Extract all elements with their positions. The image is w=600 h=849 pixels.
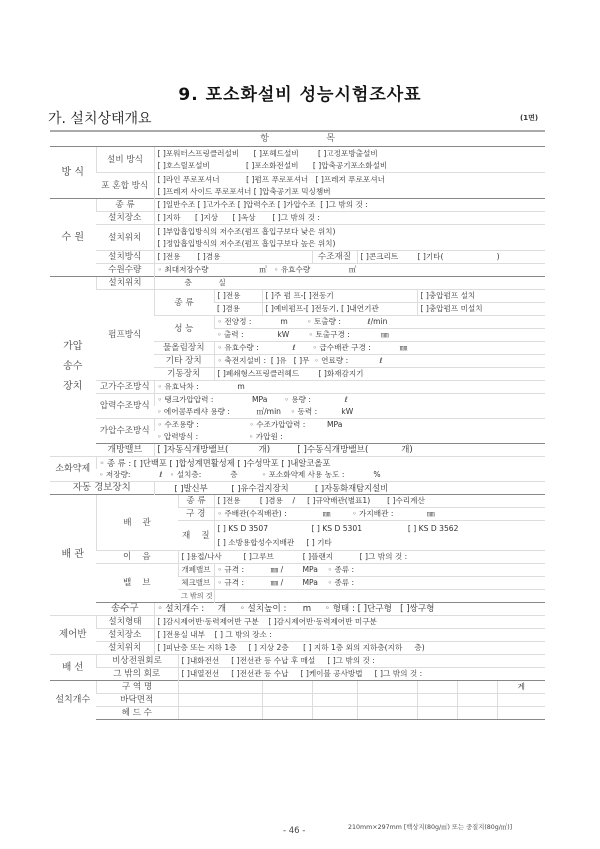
head-count-label: 헤 드 수 [96,707,178,720]
water-amount-label: 수원수량 [96,264,154,277]
floor-area-cell[interactable] [312,694,357,707]
wiring-label: 배 선 [50,655,96,681]
head-count-cell[interactable] [357,707,417,720]
water-position-label: 설치위치 [96,225,154,251]
water-position-options[interactable]: [ ]부압흡입방식의 저수조(펌프 흡입구보다 낮은 위치)[ ]정압흡입방식의… [154,225,545,251]
alarm-options[interactable]: [ ]발신부 [ ]유수검지장치 [ ]자동화재탐지설비 [154,482,545,495]
page-number: - 46 - [283,826,305,836]
gate-valve-field[interactable]: ◦ 규격 : ㎜ / MPa ◦ 종류 : [214,564,545,577]
floor-area-cell[interactable] [357,694,417,707]
pipe-kind-label: 종 류 [178,495,214,508]
tank-material-label: 수조재질 [312,251,357,264]
water-place-label: 설치장소 [96,212,154,225]
method-label: 방 식 [50,147,96,199]
pump-method-label: 펌프방식 [96,290,154,381]
panel-place-label: 설치장소 [96,629,154,642]
pipe-label: 배 관 [96,495,178,551]
agent-label: 소화약제 [50,457,96,482]
page-marker: (1면) [520,113,538,123]
pump-shared-option[interactable]: [ ]겸용 [214,303,262,316]
equipment-method-options[interactable]: [ ]포워터스프링클러설비 [ ]포헤드설비 [ ]고정포방출설비[ ]호스릴포… [154,147,545,173]
other-device-field[interactable]: ◦ 축전지설비 : [ ]유 [ ]무 ◦ 연료량 : ℓ [214,355,545,368]
water-amount-field[interactable]: ◦ 최대저장수량 ㎥ ◦ 유효수량 ㎥ [154,264,545,277]
pipe-kind-options[interactable]: [ ]전용 [ ]겸용 / [ ]규약배관(별표1) [ ]수리계산 [214,495,545,508]
piping-label: 배 관 [50,495,96,616]
head-count-total[interactable] [497,707,545,720]
head-count-cell[interactable] [262,707,312,720]
floor-area-cell[interactable] [457,694,497,707]
floor-area-cell[interactable] [417,694,457,707]
pipe-diameter-field[interactable]: ◦ 주배관(수직배관) : ㎜ ◦ 가지배관 : ㎜ [214,508,545,521]
zone-name-cell[interactable] [312,681,357,694]
starter-label: 기동장치 [154,368,214,381]
pump-power-outlet-field[interactable]: ◦ 출력 : kW ◦ 토출구경 : ㎜ [214,329,545,342]
water-install-options[interactable]: [ ]전용 [ ]겸용 [154,251,312,264]
pressurized-tank-label: 가압수조방식 [96,419,154,444]
emergency-circuit-options[interactable]: [ ]내화전선 [ ]전선관 등 수납 후 매설 [ ]그 밖의 것 : [178,655,545,668]
emergency-circuit-label: 비상전원회로 [96,655,178,668]
valve-label: 밸 브 [96,564,178,603]
zone-name-cell[interactable] [357,681,417,694]
section-heading: 가. 설치상태개요 [48,108,152,128]
water-type-options[interactable]: [ ]일반수조 [ ]고가수조 [ ]압력수조 [ ]가압수조 [ ]그 밖의 … [154,199,545,212]
other-valve-label: 그 밖의 것 [178,590,214,603]
inspection-table: 항 목 방 식 설비 방식 [ ]포워터스프링클러설비 [ ]포헤드설비 [ ]… [50,130,545,720]
mixing-method-label: 포 혼합 방식 [96,173,154,199]
water-place-options[interactable]: [ ]지하 [ ]지상 [ ]옥상 [ ]그 밖의 것 : [154,212,545,225]
pump-backup-option[interactable]: [ ]예비펌프-[ ]전동기, [ ]내연기관 [262,303,417,316]
pipe-material-options[interactable]: [ ] KS D 3507 [ ] KS D 5301 [ ] KS D 356… [214,521,545,551]
water-source-label: 수 원 [50,199,96,277]
priming-field[interactable]: ◦ 유효수량 : ℓ ◦ 급수배관 구경 : ㎜ [214,342,545,355]
floor-area-cell[interactable] [178,694,262,707]
zone-name-cell[interactable] [417,681,457,694]
total-label: 계 [497,681,545,694]
starter-options[interactable]: [ ]폐쇄형스프링클러헤드 [ ]화재감지기 [214,368,545,381]
head-count-cell[interactable] [312,707,357,720]
zone-name-cell[interactable] [178,681,262,694]
pump-head-flow-field[interactable]: ◦ 전양정 : m ◦ 토출량 : ℓ/min [214,316,545,329]
zone-name-cell[interactable] [457,681,497,694]
pump-dedicated-option[interactable]: [ ]전용 [214,290,262,303]
other-device-label: 기타 장치 [154,355,214,368]
pump-kind-label: 종 류 [154,290,214,316]
pump-main-option[interactable]: [ ]주 펌 프-[ ]전동기 [262,290,417,303]
gate-valve-label: 개폐밸브 [178,564,214,577]
agent-type-options[interactable]: ◦ 종 류 : [ ]단백포 [ ]합성계면활성제 [ ]수성막포 [ ]내알코… [96,457,545,470]
siamese-field[interactable]: ◦ 설치개수 : 개 ◦ 설치높이 : m ◦ 형태 : [ ]단구형 [ ]쌍… [154,603,545,616]
alarm-label: 자동 경보장치 [50,482,154,495]
head-count-cell[interactable] [178,707,262,720]
panel-position-label: 설치위치 [96,642,154,655]
jockey-pump-not-installed-option[interactable]: [ ]충압펌프 미설치 [417,303,545,316]
elevated-tank-field[interactable]: ◦ 유효낙차 : m [154,381,545,394]
zone-name-label: 구 역 명 [96,681,178,694]
pressurized-tank-line2[interactable]: ◦ 압력방식 : ◦ 가압원 : [154,431,545,444]
pipe-material-label: 재 질 [178,521,214,551]
floor-area-cell[interactable] [262,694,312,707]
head-count-cell[interactable] [417,707,457,720]
table-header: 항 목 [50,131,545,147]
paper-spec: 210mm×297mm [백상지(80g/㎡) 또는 중질지(80g/㎡)] [348,822,512,831]
head-count-cell[interactable] [457,707,497,720]
joint-options[interactable]: [ ]용접/나사 [ ]그루브 [ ]플랜지 [ ]그 밖의 것 : [178,551,545,564]
panel-form-label: 설치형태 [96,616,154,629]
pressure-tank-label: 압력수조방식 [96,394,154,419]
jockey-pump-installed-option[interactable]: [ ]충압펌프 설치 [417,290,545,303]
panel-position-options[interactable]: [ ]피난층 또는 지하 1층 [ ] 지상 2층 [ ] 지하 1층 외의 지… [154,642,545,655]
siamese-label: 송수구 [96,603,154,616]
other-circuit-label: 그 밖의 회로 [96,668,178,681]
open-valve-options[interactable]: [ ]자동식개방밸브( 개) [ ]수동식개방밸브( 개) [154,444,545,457]
pressurized-tank-line1[interactable]: ◦ 수조용량 : ◦ 수조가압압력 : MPa [154,419,545,432]
water-install-label: 설치방식 [96,251,154,264]
open-valve-label: 개방밸브 [96,444,154,457]
floor-area-total[interactable] [497,694,545,707]
water-type-label: 종 류 [96,199,154,212]
panel-place-options[interactable]: [ ]전용실 내부 [ ] 그 밖의 장소 : [154,629,545,642]
pressure-unit-label: 가압송수장치 [50,277,96,457]
zone-name-cell[interactable] [262,681,312,694]
other-valve-field[interactable] [214,590,545,603]
check-valve-field[interactable]: ◦ 규격 : ㎜ / MPa ◦ 종류 : [214,577,545,590]
floor-area-label: 바닥면적 [96,694,178,707]
equipment-method-label: 설비 방식 [96,147,154,173]
priming-label: 물올림장치 [154,342,214,355]
joint-label: 이 음 [96,551,178,564]
panel-form-options[interactable]: [ ]감시제어반·동력제어반 구분 [ ]감시제어반·동력제어반 미구분 [154,616,545,629]
page-title: 9. 포소화설비 성능시험조사표 [0,80,600,105]
tank-material-options[interactable]: [ ]콘크리트 [ ]기타( ) [357,251,545,264]
pump-location-field[interactable]: 층 실 [154,277,545,290]
other-circuit-options[interactable]: [ ]내열전선 [ ]전선관 등 수납 [ ]케이블 공사방법 [ ]그 밖의 … [178,668,545,681]
pressure-tank-line2[interactable]: ◦ 에어콤푸레샤 용량 : ㎥/min ◦ 동력 : kW [154,406,545,419]
elevated-tank-label: 고가수조방식 [96,381,154,394]
install-count-label: 설치개수 [50,681,96,720]
agent-storage-field[interactable]: ◦ 저장량: ℓ ◦ 설치층: 층 ◦ 포소화약제 사용 농도 : % [96,469,545,482]
mixing-method-options[interactable]: [ ]라인 푸로포셔너 [ ]펌프 푸로포셔너 [ ]프레져 푸로포셔너[ ]프… [154,173,545,199]
check-valve-label: 체크밸브 [178,577,214,590]
control-panel-label: 제어반 [50,616,96,655]
pipe-diameter-label: 구 경 [178,508,214,521]
pump-location-label: 설치위치 [96,277,154,290]
pressure-tank-line1[interactable]: ◦ 탱크가압압력 : MPa ◦ 용량 : ℓ [154,394,545,407]
pump-performance-label: 성 능 [154,316,214,342]
